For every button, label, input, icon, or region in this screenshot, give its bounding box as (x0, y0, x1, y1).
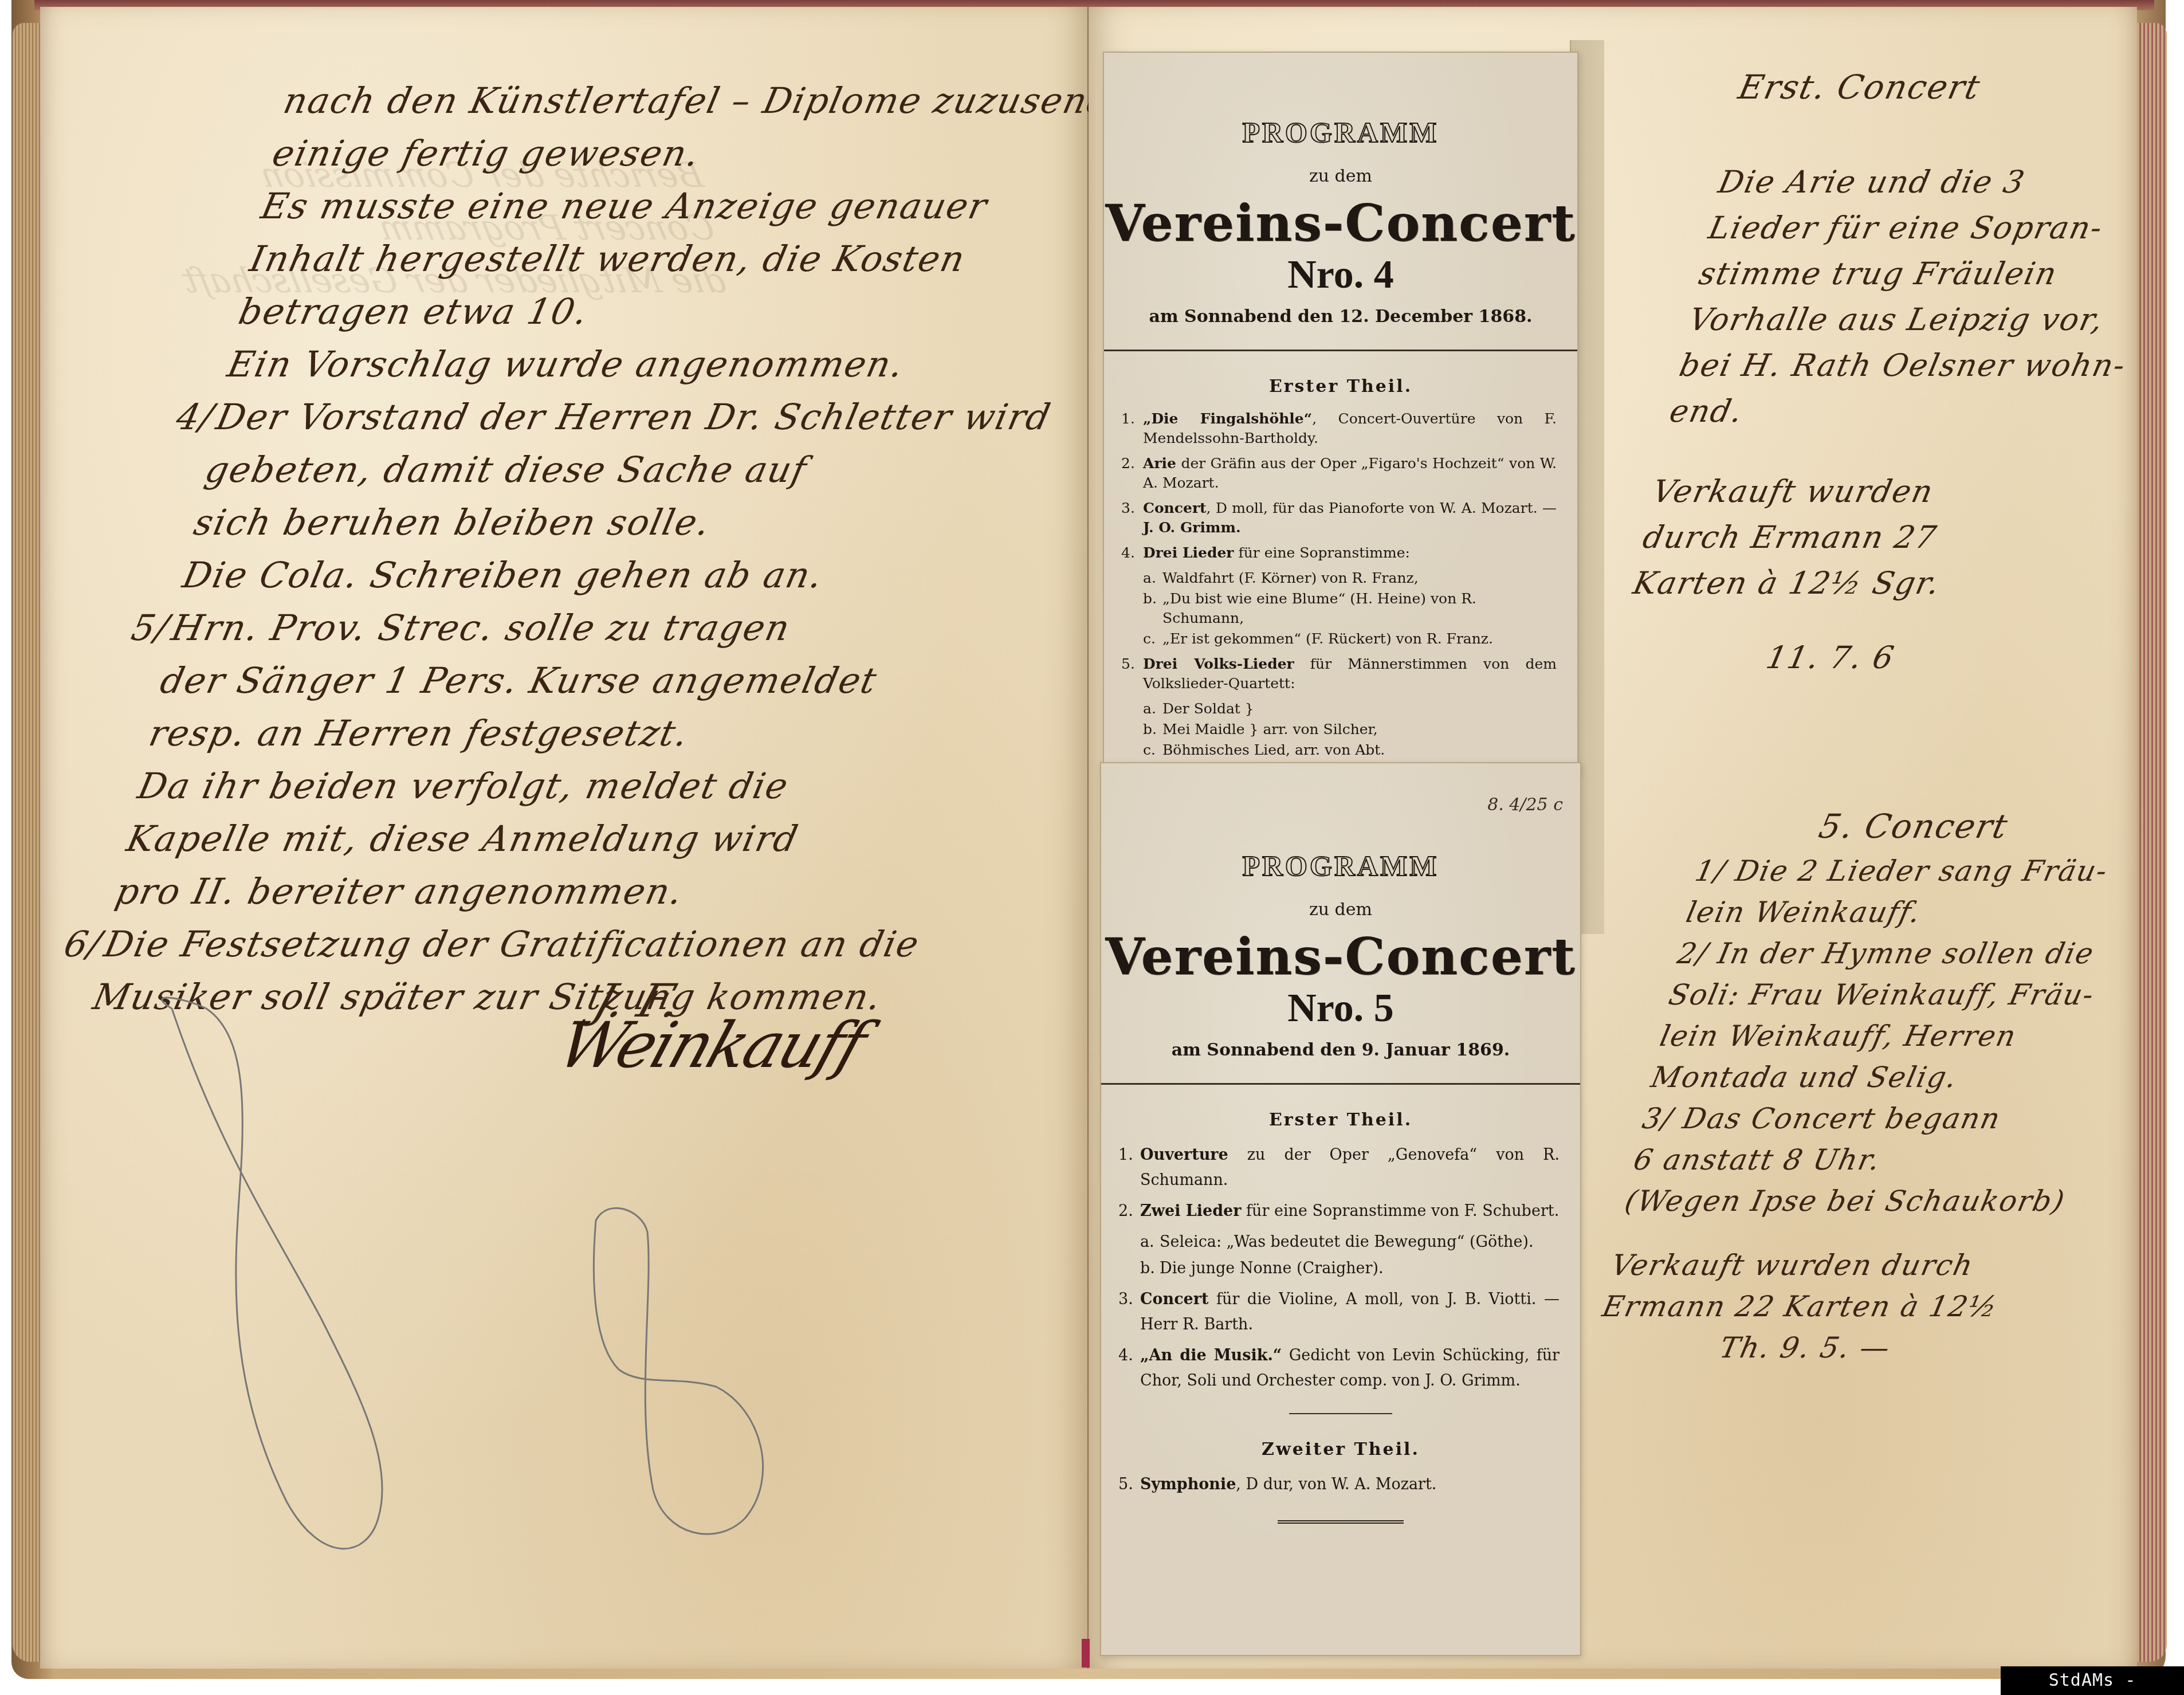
program-list: 5. Symphonie, D dur, von W. A. Mozart. (1118, 1472, 1560, 1497)
divider (1289, 1413, 1392, 1414)
section-heading: Zweiter Theil. (1101, 1439, 1580, 1459)
hw-line: Es musste eine neue Anzeige genauer (216, 180, 1153, 233)
program-date: am Sonnabend den 12. December 1868. (1104, 307, 1577, 327)
program-item: 4. „An die Musik.“ Gedicht von Levin Sch… (1118, 1343, 1560, 1394)
section-heading: Erster Theil. (1101, 1110, 1580, 1130)
program-header: PROGRAMM (1104, 116, 1577, 149)
hw-line: 4/Der Vorstand der Herren Dr. Schletter … (171, 391, 1109, 444)
program-subitem: c.„Er ist gekommen“ (F. Rückert) von R. … (1143, 629, 1557, 649)
program-number: Nro. 4 (1104, 255, 1577, 295)
program-item: 2. Zwei Lieder für eine Sopranstimme von… (1118, 1199, 1560, 1224)
program-item: 2. Arie der Gräfin aus der Oper „Figaro'… (1121, 454, 1557, 493)
open-book: Berichte der CommissionConcert Programmd… (0, 0, 2184, 1695)
bookmark-ribbon (1082, 1639, 1090, 1667)
program-title: Vereins-Concert (1104, 198, 1577, 248)
program-list: 1. „Die Fingalshöhle“, Concert-Ouvertüre… (1121, 409, 1557, 760)
program-subitem: a.Der Soldat } (1143, 699, 1557, 719)
hw-line: 5/Hrn. Prov. Strec. solle zu tragen (127, 602, 1064, 654)
signature: Weinkauff (549, 1009, 873, 1082)
program-subitem: b.„Du bist wie eine Blume“ (H. Heine) vo… (1143, 589, 1557, 628)
program-item: 1. Ouverture zu der Oper „Genovefa“ von … (1118, 1143, 1560, 1193)
program-subitem: a.Waldfahrt (F. Körner) von R. Franz, (1143, 568, 1557, 588)
page-stack-left (13, 23, 42, 1662)
hw-line: Inhalt hergestellt werden, die Kosten (205, 233, 1142, 285)
program-subitem: c.Böhmisches Lied, arr. von Abt. (1143, 740, 1557, 760)
hw-line: gebeten, damit diese Sache auf (160, 444, 1098, 496)
program-number: Nro. 5 (1101, 988, 1580, 1029)
hw-line: sich beruhen bleiben solle. (149, 496, 1086, 549)
program-item: 1. „Die Fingalshöhle“, Concert-Ouvertüre… (1121, 409, 1557, 448)
program-sheet-concert-5: 8. 4/25 c PROGRAMM zu dem Vereins-Concer… (1100, 762, 1581, 1656)
hw-line: betragen etwa 10. (194, 285, 1131, 338)
program-item: 5. Drei Volks-Lieder für Männerstimmen v… (1121, 654, 1557, 693)
section-heading: Erster Theil. (1104, 376, 1577, 397)
program-title: Vereins-Concert (1101, 931, 1580, 982)
double-divider (1278, 1520, 1404, 1524)
program-list: 1. Ouverture zu der Oper „Genovefa“ von … (1118, 1143, 1560, 1394)
program-zu-dem: zu dem (1101, 900, 1580, 920)
program-subitem: b.Die junge Nonne (Craigher). (1140, 1256, 1560, 1281)
handwritten-note: 8. 4/25 c (1487, 795, 1563, 815)
hw-line: Die Cola. Schreiben gehen ab an. (138, 549, 1075, 602)
hw-line: Ein Vorschlag wurde angenommen. (183, 338, 1120, 391)
catalog-label: StdAMs - MV_002a_126 (2001, 1666, 2184, 1695)
hw-line: resp. an Herren festgesetzt. (104, 707, 1042, 760)
hw-line: einige fertig gewesen. (227, 127, 1165, 180)
divider (1104, 350, 1577, 351)
program-item: 3. Concert, D moll, für das Pianoforte v… (1121, 499, 1557, 537)
hw-line: Da ihr beiden verfolgt, meldet die (93, 760, 1030, 813)
program-date: am Sonnabend den 9. Januar 1869. (1101, 1040, 1580, 1060)
hw-line: 6/Die Festsetzung der Gratificationen an… (60, 918, 997, 971)
program-item: 3. Concert für die Violine, A moll, von … (1118, 1287, 1560, 1337)
program-subitem: a.Seleica: „Was bedeutet die Bewegung“ (… (1140, 1230, 1560, 1255)
hw-line: der Sänger 1 Pers. Kurse angemeldet (115, 654, 1052, 707)
hw-line: Kapelle mit, diese Anmeldung wird (82, 813, 1019, 865)
hw-line: nach den Künstlertafel – Diplome zuzusen… (238, 74, 1176, 127)
program-item: 5. Symphonie, D dur, von W. A. Mozart. (1118, 1472, 1560, 1497)
hw-line: pro II. bereiter angenommen. (70, 865, 1008, 918)
program-subitem: b.Mei Maidle } arr. von Silcher, (1143, 720, 1557, 739)
divider (1101, 1083, 1580, 1085)
program-sheet-concert-4: PROGRAMM zu dem Vereins-Concert Nro. 4 a… (1103, 52, 1578, 774)
program-zu-dem: zu dem (1104, 166, 1577, 186)
program-header: PROGRAMM (1101, 849, 1580, 882)
program-item: 4. Drei Lieder für eine Sopranstimme: (1121, 543, 1557, 563)
